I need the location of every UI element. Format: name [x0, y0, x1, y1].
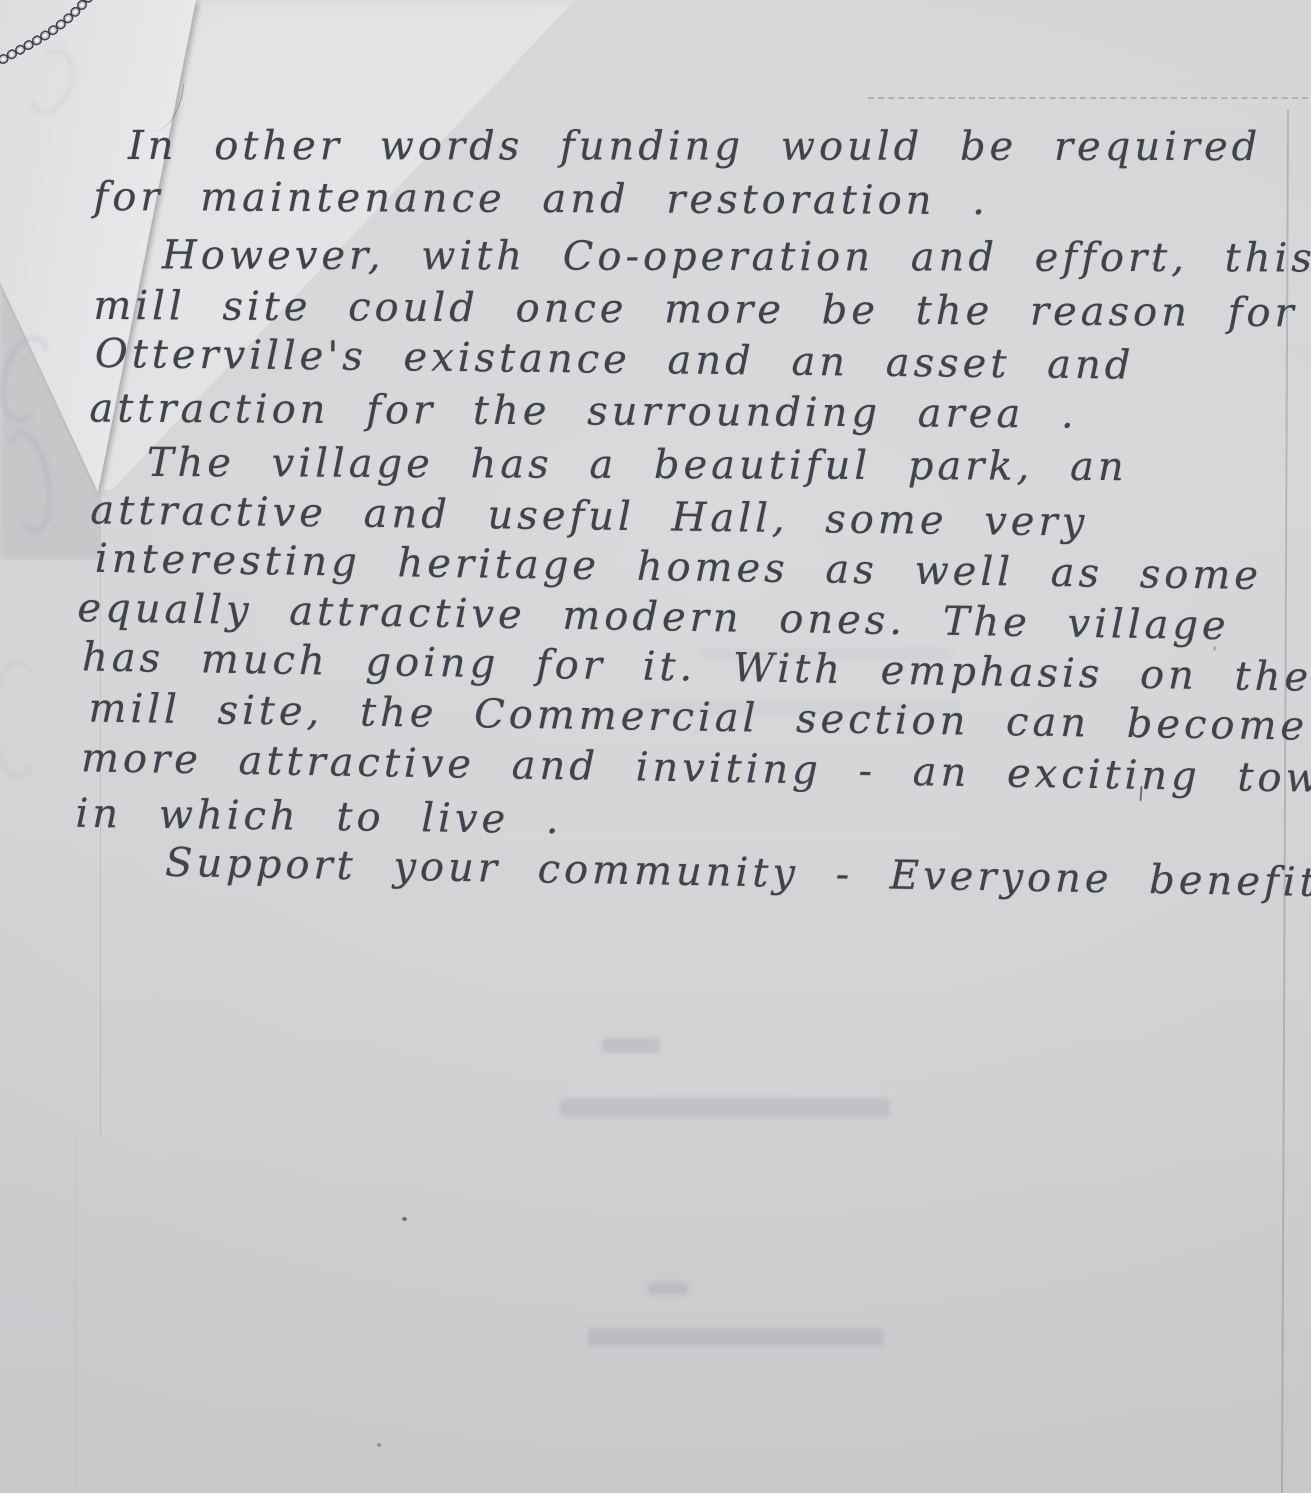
- dust-speck: [377, 1443, 381, 1447]
- handwritten-line: Otterville's existance and an asset and: [95, 331, 1135, 389]
- bleed-through-smudge: [700, 648, 950, 660]
- scanned-document: In other words funding would be required…: [0, 0, 1311, 1493]
- handwritten-line: in which to live .: [75, 791, 563, 843]
- bleed-through-smudge: [648, 1282, 688, 1295]
- bleed-through-smudge: [560, 1098, 890, 1118]
- dust-speck: [402, 1217, 407, 1221]
- handwritten-line: mill site could once more be the reason …: [93, 283, 1298, 336]
- bleed-through-smudge: [640, 700, 960, 714]
- handwritten-line: for maintenance and restoration .: [93, 174, 989, 224]
- handwritten-line: In other words funding would be required: [128, 123, 1261, 170]
- handwritten-line: Support your community - Everyone benefi…: [165, 840, 1311, 907]
- dust-speck: [1213, 646, 1216, 651]
- bleed-through-smudge: [588, 1328, 883, 1346]
- handwritten-line: attraction for the surrounding area .: [89, 385, 1078, 437]
- handwritten-line: The village has a beautiful park, an: [147, 440, 1128, 490]
- handwritten-line: However, with Co-operation and effort, t…: [162, 232, 1311, 281]
- bleed-through-smudge: [602, 1038, 660, 1053]
- dust-speck: [1152, 262, 1155, 265]
- handwritten-text-block: In other words funding would be required…: [0, 0, 1311, 1011]
- page-crease: [75, 1140, 76, 1493]
